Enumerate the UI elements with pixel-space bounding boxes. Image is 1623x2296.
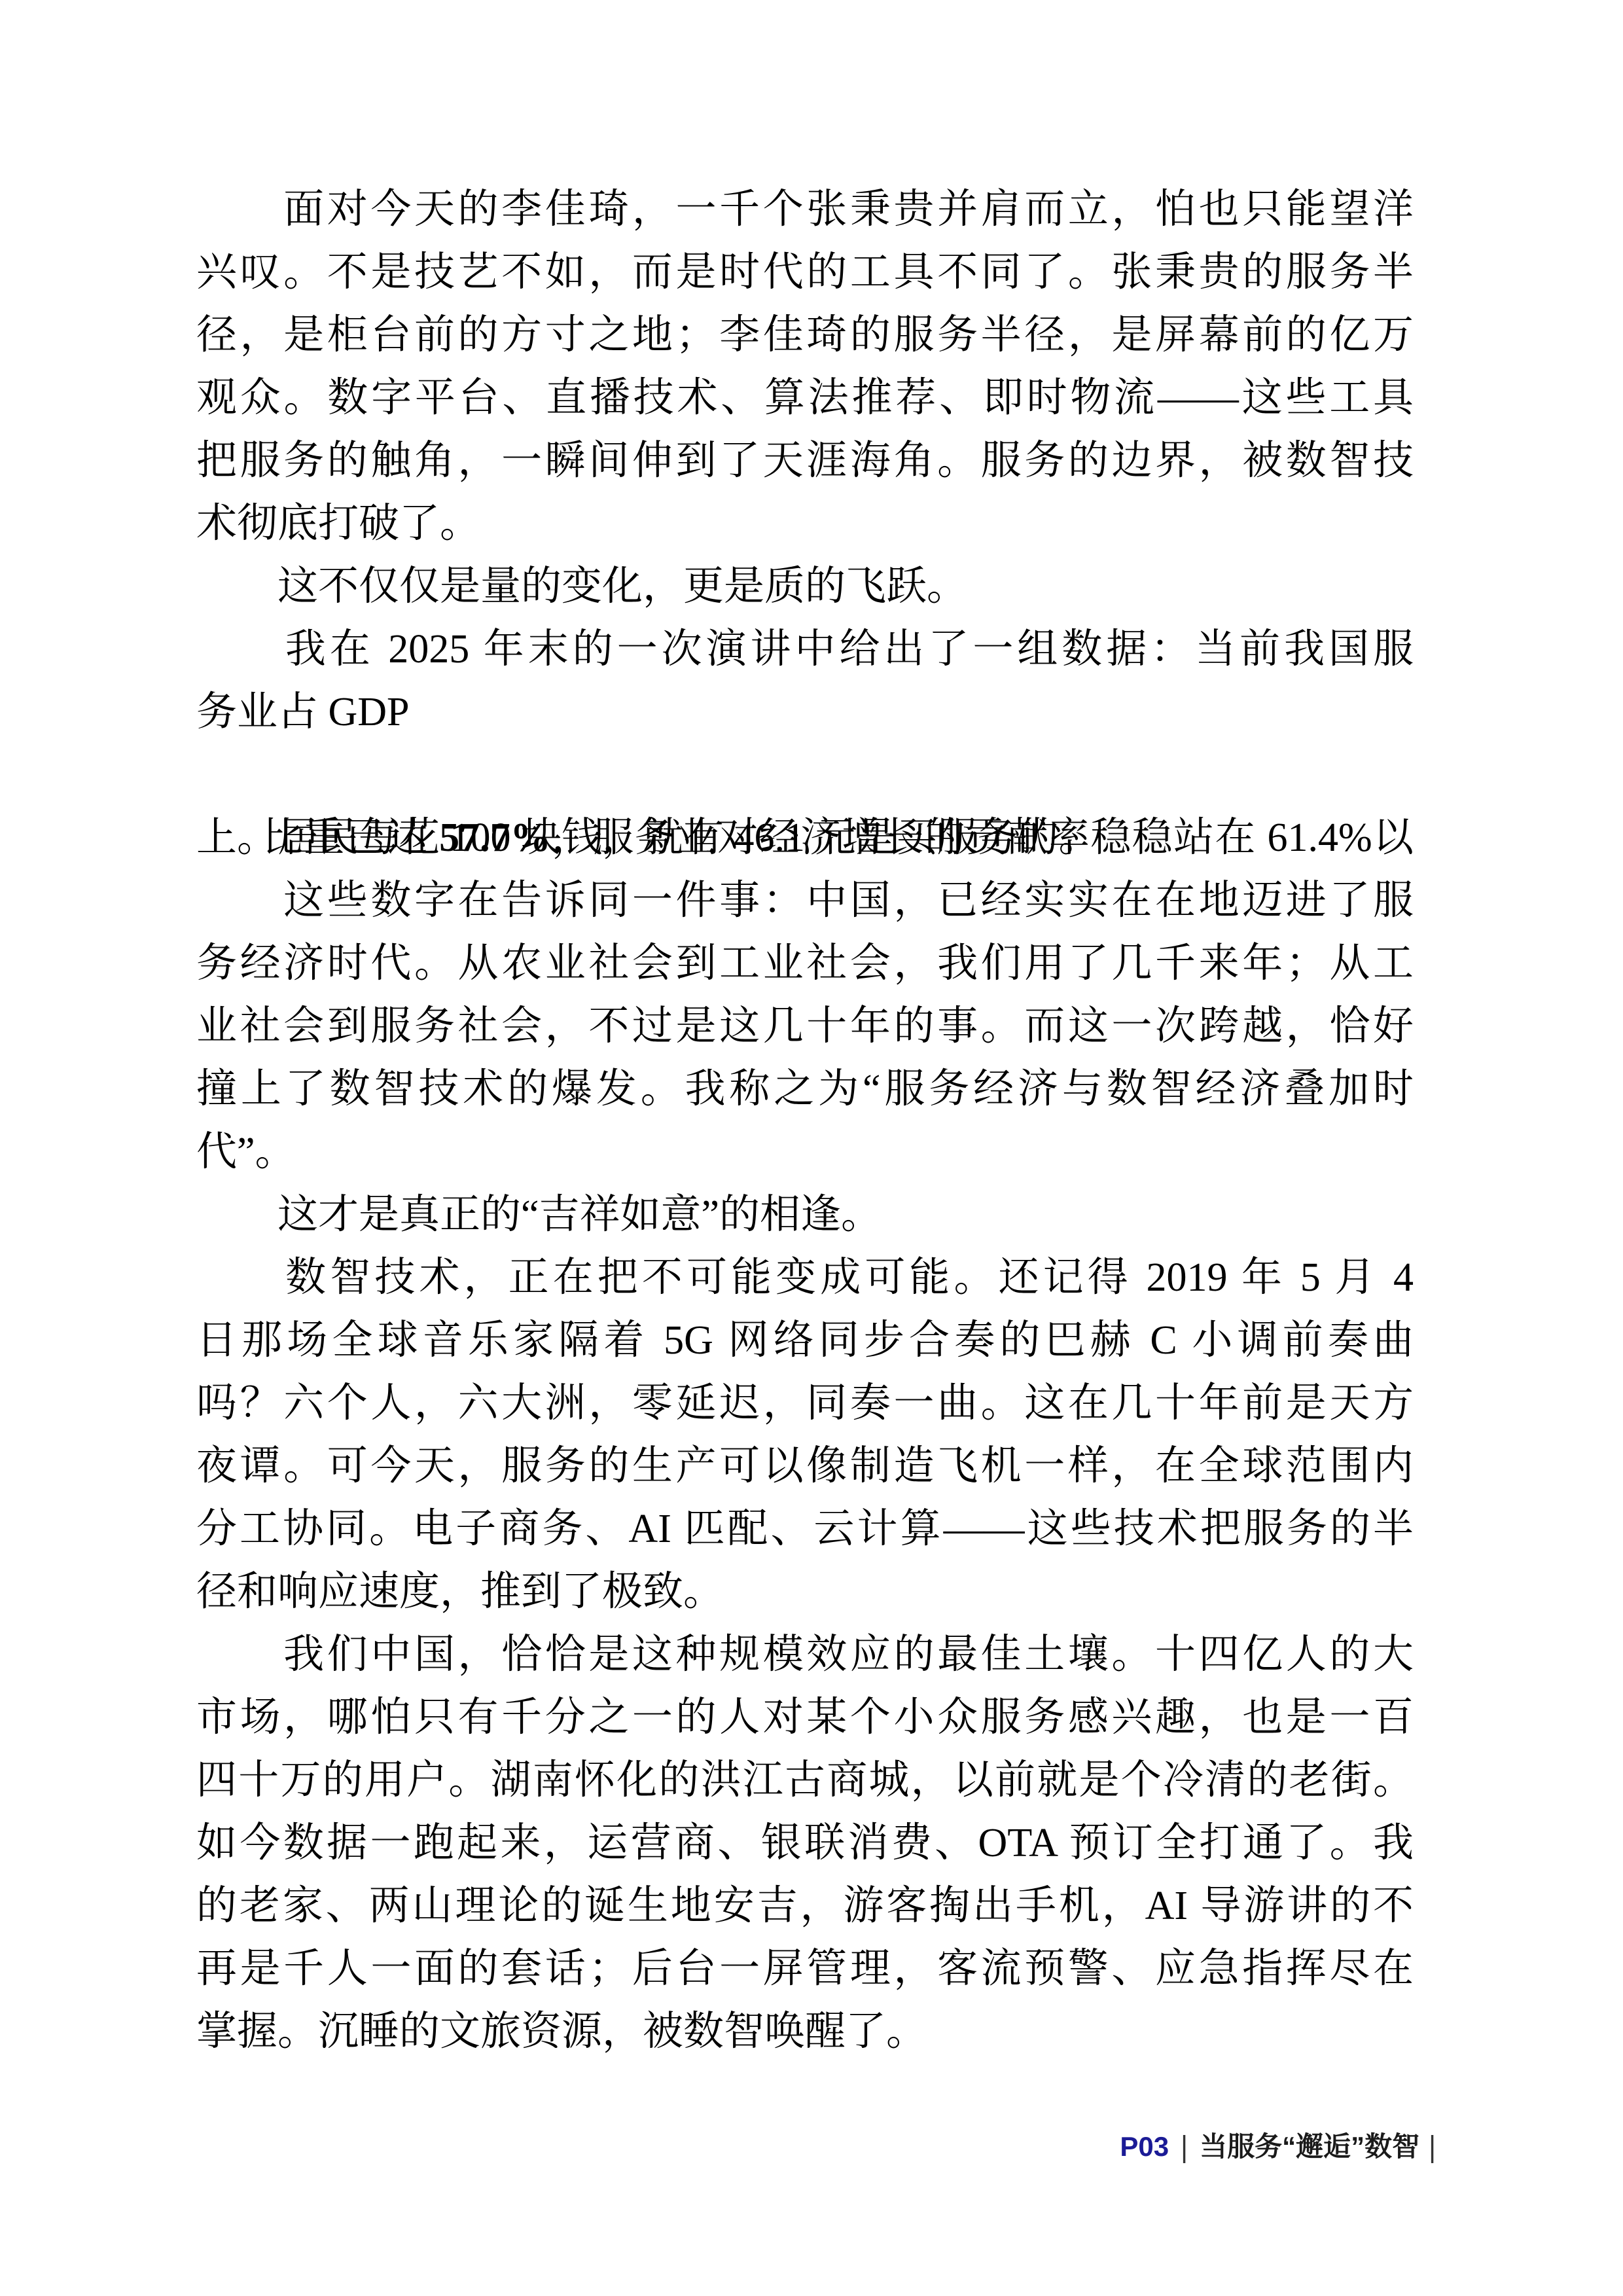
body-text-line: 分工协同。电子商务、AI 匹配、云计算——这些技术把服务的半 [196, 1498, 1414, 1560]
body-text-line: 再是千人一面的套话；后台一屏管理，客流预警、应急指挥尽在 [196, 1937, 1414, 2000]
body-text-line: 兴叹。不是技艺不如，而是时代的工具不同了。张秉贵的服务半 [196, 241, 1414, 304]
body-text-line: 吗？六个人，六大洲，零延迟，同奏一曲。这在几十年前是天方 [196, 1372, 1414, 1435]
body-text-line: 四十万的用户。湖南怀化的洪江古商城，以前就是个冷清的老街。 [196, 1749, 1414, 1812]
body-text-line: 这些数字在告诉同一件事：中国，已经实实在在地迈进了服 [196, 869, 1414, 932]
page-number: P03 [1120, 2131, 1169, 2162]
body-text-line: 的老家、两山理论的诞生地安吉，游客掏出手机，AI 导游讲的不 [196, 1874, 1414, 1937]
footer-separator: | [1169, 2126, 1200, 2167]
footer-trailing-separator: | [1419, 2126, 1436, 2167]
body-text-line: 把服务的触角，一瞬间伸到了天涯海角。服务的边界，被数智技 [196, 429, 1414, 492]
body-text-line: 务业占 GDP [196, 681, 1414, 744]
body-text-line: 比重已达 57.7%，服务业对经济增长的贡献率稳稳站在 61.4%以 [196, 744, 1414, 806]
body-text-line: 日那场全球音乐家隔着 5G 网络同步合奏的巴赫 C 小调前奏曲 [196, 1309, 1414, 1372]
body-text-line: 径，是柜台前的方寸之地；李佳琦的服务半径，是屏幕前的亿万 [196, 304, 1414, 367]
body-text-line: 代”。 [196, 1121, 1414, 1183]
body-text-line: 如今数据一跑起来，运营商、银联消费、OTA 预订全打通了。我 [196, 1812, 1414, 1874]
body-text-line: 夜谭。可今天，服务的生产可以像制造飞机一样，在全球范围内 [196, 1435, 1414, 1498]
body-text-line: 务经济时代。从农业社会到工业社会，我们用了几千来年；从工 [196, 932, 1414, 995]
body-text-line: 面对今天的李佳琦，一千个张秉贵并肩而立，怕也只能望洋 [196, 178, 1414, 241]
body-text-line: 市场，哪怕只有千分之一的人对某个小众服务感兴趣，也是一百 [196, 1686, 1414, 1749]
body-text-line: 观众。数字平台、直播技术、算法推荐、即时物流——这些工具 [196, 367, 1414, 429]
body-text-line: 数智技术，正在把不可能变成可能。还记得 2019 年 5 月 4 [196, 1246, 1414, 1309]
body-text-line: 我在 2025 年末的一次演讲中给出了一组数据：当前我国服 [196, 618, 1414, 681]
document-body: 面对今天的李佳琦，一千个张秉贵并肩而立，怕也只能望洋 兴叹。不是技艺不如，而是时… [196, 178, 1414, 2063]
body-text-line: 这不仅仅是量的变化，更是质的飞跃。 [196, 555, 1414, 618]
page-footer: P03|当服务“邂逅”数智| [1120, 2128, 1436, 2165]
body-text-line: 撞上了数智技术的爆发。我称之为“服务经济与数智经济叠加时 [196, 1058, 1414, 1121]
document-page: 面对今天的李佳琦，一千个张秉贵并肩而立，怕也只能望洋 兴叹。不是技艺不如，而是时… [0, 0, 1623, 2296]
body-text-line: 掌握。沉睡的文旅资源，被数智唤醒了。 [196, 2000, 1414, 2063]
body-text-line: 业社会到服务社会，不过是这几十年的事。而这一次跨越，恰好 [196, 995, 1414, 1058]
body-text-line: 我们中国，恰恰是这种规模效应的最佳土壤。十四亿人的大 [196, 1623, 1414, 1686]
body-text-line: 径和响应速度，推到了极致。 [196, 1560, 1414, 1623]
body-text-line: 术彻底打破了。 [196, 492, 1414, 555]
footer-title: 当服务“邂逅”数智 [1200, 2131, 1419, 2162]
body-text-line: 这才是真正的“吉祥如意”的相逢。 [196, 1183, 1414, 1246]
